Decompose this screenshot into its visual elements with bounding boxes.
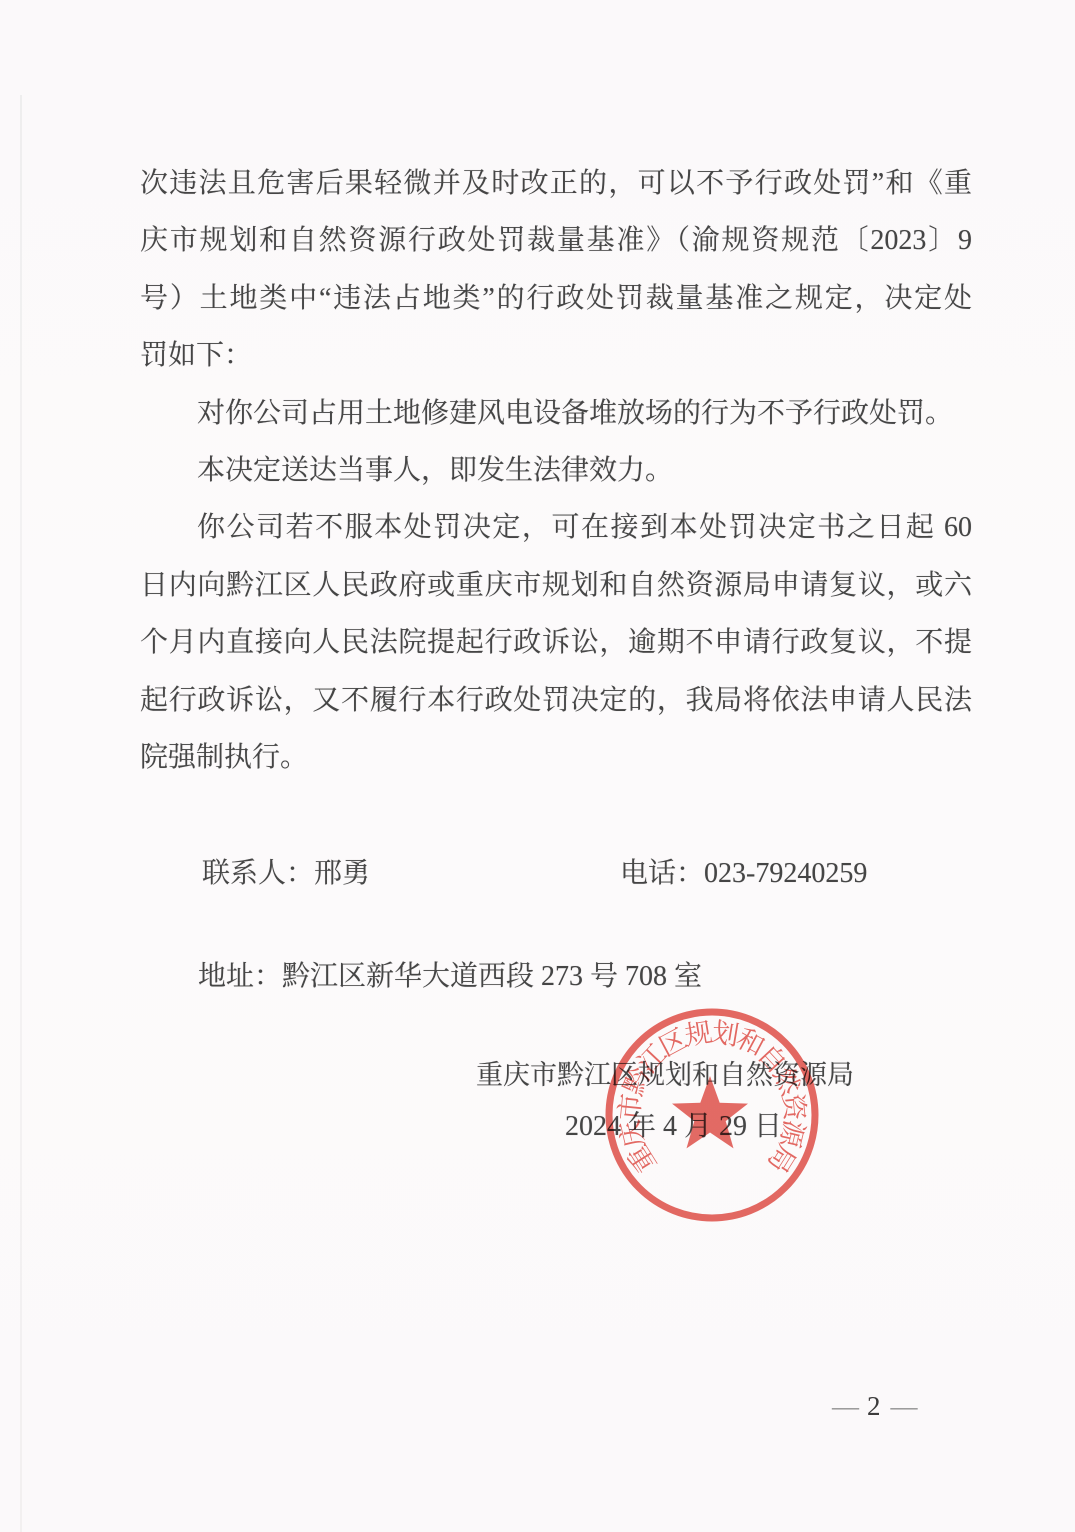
page-number: —2— [832, 1391, 916, 1421]
svg-text:区: 区 [654, 1023, 692, 1062]
document-page: 次违法且危害后果轻微并及时改正的，可以不予行政处罚”和《重 庆市规划和自然资源行… [0, 0, 1075, 1532]
svg-text:重: 重 [623, 1139, 663, 1178]
issue-date: 2024 年 4 月 29 日 [565, 1112, 782, 1142]
footer-page-number: 2 [857, 1391, 891, 1421]
contact-person-name: 邢勇 [314, 858, 370, 889]
svg-text:规: 规 [683, 1017, 715, 1051]
body-line: 号）土地类中“违法占地类”的行政处罚裁量基准之规定，决定处 [140, 270, 972, 327]
issuing-agency: 重庆市黔江区规划和自然资源局 [476, 1060, 854, 1090]
contact-person-row: 联系人：邢勇 [202, 859, 370, 889]
contact-person-label: 联系人： [202, 858, 314, 889]
svg-text:局: 局 [762, 1139, 802, 1178]
body-line: 你公司若不服本处罚决定，可在接到本处罚决定书之日起 60 [140, 499, 972, 556]
body-line: 罚如下： [140, 327, 972, 384]
seal-arc-text: 重庆市黔江区规划和自然资源局 [614, 1017, 810, 1178]
footer-dash-left: — [832, 1391, 857, 1421]
address-value: 黔江区新华大道西段 273 号 708 室 [282, 961, 702, 992]
scan-artifact-line [20, 95, 22, 1532]
body-line: 个月内直接向人民法院提起行政诉讼，逾期不申请行政复议，不提 [140, 614, 972, 671]
body-line: 起行政诉讼，又不履行本行政处罚决定的，我局将依法申请人民法 [140, 672, 972, 729]
address-row: 地址：黔江区新华大道西段 273 号 708 室 [198, 962, 702, 992]
svg-text:资: 资 [777, 1092, 810, 1123]
svg-text:划: 划 [710, 1017, 742, 1051]
body-line: 次违法且危害后果轻微并及时改正的，可以不予行政处罚”和《重 [140, 155, 972, 212]
document-body: 次违法且危害后果轻微并及时改正的，可以不予行政处罚”和《重 庆市规划和自然资源行… [140, 155, 972, 786]
body-line: 院强制执行。 [140, 729, 972, 786]
body-line: 日内向黔江区人民政府或重庆市规划和自然资源局申请复议，或六 [140, 557, 972, 614]
footer-dash-right: — [891, 1391, 916, 1421]
phone-number: 023-79240259 [704, 858, 867, 889]
phone-label: 电话： [620, 858, 704, 889]
svg-text:和: 和 [732, 1023, 770, 1062]
body-line: 本决定送达当事人，即发生法律效力。 [140, 442, 972, 499]
body-line: 庆市规划和自然资源行政处罚裁量基准》（渝规资规范〔2023〕9 [140, 212, 972, 269]
address-label: 地址： [198, 961, 282, 992]
contact-phone-row: 电话：023-79240259 [620, 859, 867, 889]
body-line: 对你公司占用土地修建风电设备堆放场的行为不予行政处罚。 [140, 385, 972, 442]
